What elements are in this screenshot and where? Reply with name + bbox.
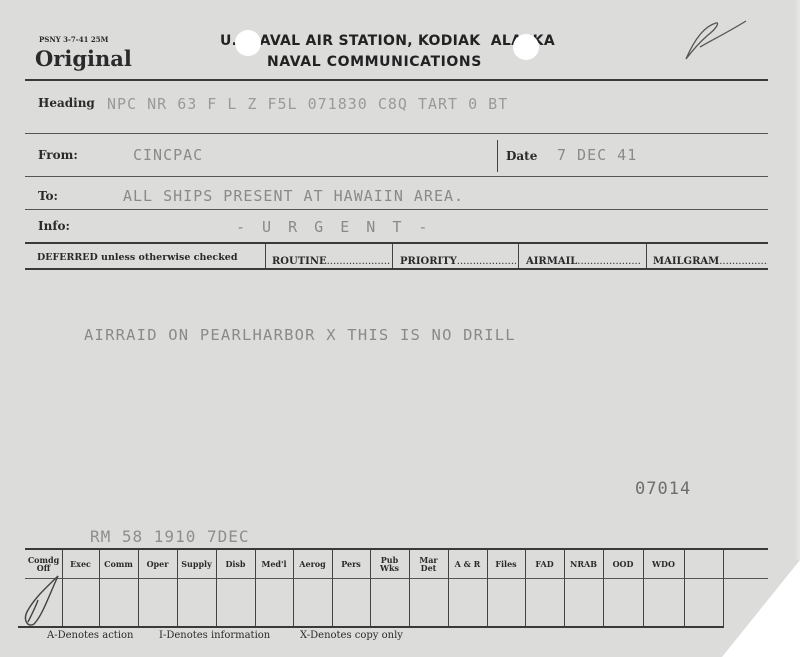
info-value: - U R G E N T - [236, 218, 431, 236]
legend-copy: X-Denotes copy only [300, 630, 403, 641]
col-pub-wks: Pub Wks [370, 551, 409, 577]
from-label: From: [38, 148, 78, 162]
col-comm: Comm [99, 551, 138, 577]
precedence-priority[interactable]: PRIORITY [400, 256, 516, 267]
legend-action: A-Denotes action [47, 630, 133, 641]
to-rule [25, 209, 768, 210]
punch-hole-left [235, 30, 261, 56]
col-pers: Pers [332, 551, 370, 577]
col-oper: Oper [138, 551, 177, 577]
from-value: CINCPAC [133, 146, 203, 164]
message-body: AIRRAID ON PEARLHARBOR X THIS IS NO DRIL… [84, 326, 516, 344]
to-label: To: [38, 189, 58, 203]
col-disb: Disb [216, 551, 255, 577]
handwritten-check-mark [680, 15, 750, 65]
header-rule [25, 79, 768, 81]
handwritten-initial [14, 570, 66, 632]
form-code: PSNY 3-7-41 25M [39, 35, 108, 44]
precedence-rule [25, 268, 768, 270]
precedence-divider-3 [518, 244, 519, 268]
col-divider [723, 550, 724, 626]
col-exec: Exec [62, 551, 99, 577]
routing-table-bottom-rule [18, 626, 724, 628]
precedence-divider-1 [265, 244, 266, 268]
col-a-and-r: A & R [448, 551, 487, 577]
precedence-divider-4 [646, 244, 647, 268]
message-serial: 07014 [635, 479, 691, 499]
punch-hole-right [513, 34, 539, 60]
heading-label: Heading [38, 96, 95, 110]
routing-table-header-rule [25, 578, 768, 579]
precedence-mailgram[interactable]: MAILGRAM [653, 256, 768, 267]
routing-table-top-rule [25, 548, 768, 550]
col-mar-det: Mar Det [409, 551, 448, 577]
col-medl: Med'l [255, 551, 293, 577]
precedence-airmail[interactable]: AIRMAIL [526, 256, 644, 267]
precedence-divider-2 [392, 244, 393, 268]
date-value: 7 DEC 41 [557, 146, 637, 164]
info-label: Info: [38, 219, 70, 233]
from-rule [25, 176, 768, 177]
heading-value: NPC NR 63 F L Z F5L 071830 C8Q TART 0 BT [107, 95, 508, 113]
precedence-routine[interactable]: ROUTINE [272, 256, 390, 267]
message-form: PSNY 3-7-41 25M Original U. NAVAL AIR ST… [0, 0, 800, 657]
date-label: Date [506, 149, 537, 163]
deferred-label: DEFERRED unless otherwise checked [37, 252, 237, 263]
receipt-line: RM 58 1910 7DEC [90, 527, 250, 546]
col-divider [684, 550, 685, 626]
heading-rule [25, 133, 768, 134]
col-wdo: WDO [643, 551, 684, 577]
col-aerog: Aerog [293, 551, 332, 577]
to-value: ALL SHIPS PRESENT AT HAWAIIN AREA. [123, 187, 464, 205]
date-divider [497, 140, 498, 172]
form-title-line1: U. NAVAL AIR STATION, KODIAK ALASKA [220, 33, 555, 49]
form-title-line2: NAVAL COMMUNICATIONS [267, 54, 482, 70]
col-supply: Supply [177, 551, 216, 577]
info-rule [25, 242, 768, 244]
col-files: Files [487, 551, 525, 577]
col-fad: FAD [525, 551, 564, 577]
legend-information: I-Denotes information [159, 630, 270, 641]
col-nrab: NRAB [564, 551, 603, 577]
col-ood: OOD [603, 551, 643, 577]
copy-label: Original [35, 46, 132, 71]
